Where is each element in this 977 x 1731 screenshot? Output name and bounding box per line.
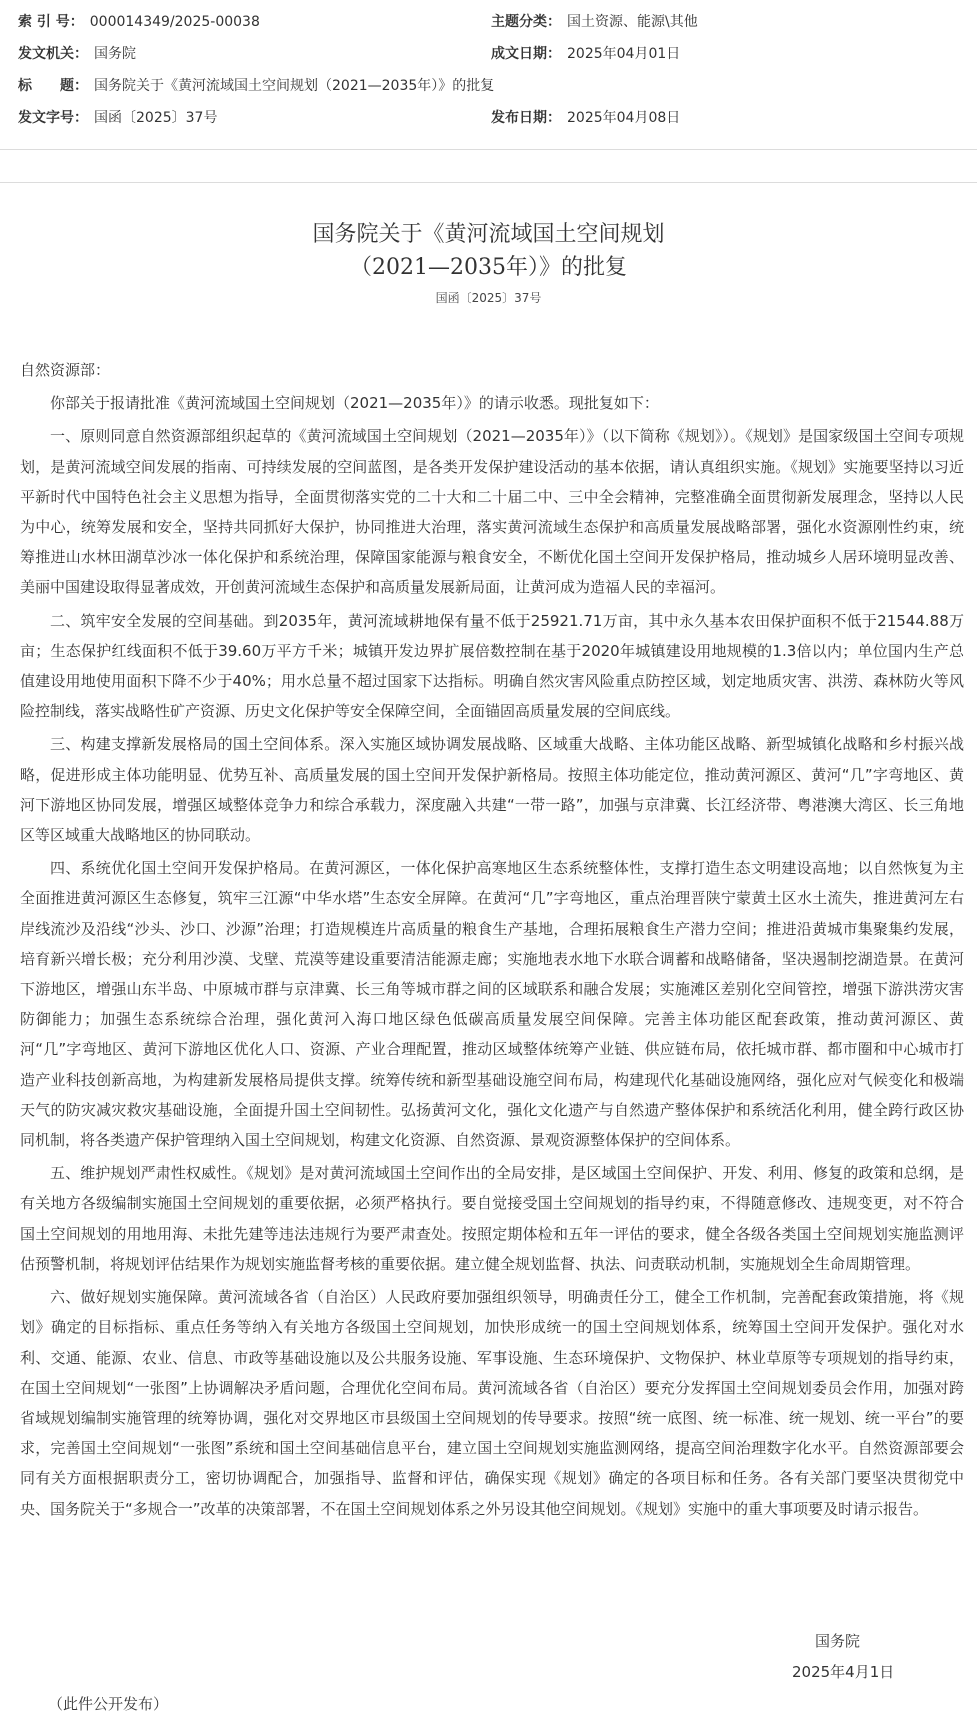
meta-row-3: 标 题：国务院关于《黄河流域国土空间规划（2021—2035年）》的批复 bbox=[0, 70, 977, 102]
written-date-label: 成文日期： bbox=[491, 38, 561, 70]
signature-date: 2025年4月1日 bbox=[792, 1661, 894, 1682]
publish-date-value: 2025年04月08日 bbox=[567, 102, 680, 134]
subject-category-field: 主题分类：国土资源、能源\其他 bbox=[491, 6, 698, 38]
meta-row-1: 索 引 号：000014349/2025-00038 主题分类：国土资源、能源\… bbox=[0, 6, 977, 38]
meta-row-4: 发文字号：国函〔2025〕37号 发布日期：2025年04月08日 bbox=[0, 102, 977, 134]
paragraph-5: 五、维护规划严肃性权威性。《规划》是对黄河流域国土空间作出的全局安排，是区域国土… bbox=[20, 1158, 964, 1279]
salutation: 自然资源部： bbox=[20, 355, 964, 385]
issuing-authority-value: 国务院 bbox=[94, 38, 136, 70]
subject-category-value: 国土资源、能源\其他 bbox=[567, 6, 698, 38]
publish-date-field: 发布日期：2025年04月08日 bbox=[491, 102, 680, 134]
document-title: 国务院关于《黄河流域国土空间规划 （2021—2035年）》的批复 bbox=[0, 218, 977, 284]
title-field: 标 题：国务院关于《黄河流域国土空间规划（2021—2035年）》的批复 bbox=[18, 70, 494, 102]
divider-bottom bbox=[0, 182, 977, 183]
issuing-authority-field: 发文机关：国务院 bbox=[18, 38, 136, 70]
publish-date-label: 发布日期： bbox=[491, 102, 561, 134]
document-number-value: 国函〔2025〕37号 bbox=[94, 102, 217, 134]
issuing-authority-label: 发文机关： bbox=[18, 38, 88, 70]
paragraph-2: 二、筑牢安全发展的空间基础。到2035年，黄河流域耕地保有量不低于25921.7… bbox=[20, 606, 964, 727]
paragraph-1: 一、原则同意自然资源部组织起草的《黄河流域国土空间规划（2021—2035年）》… bbox=[20, 421, 964, 602]
title-label: 标 题： bbox=[18, 70, 88, 102]
document-title-line-1: 国务院关于《黄河流域国土空间规划 bbox=[0, 218, 977, 251]
divider-top bbox=[0, 149, 977, 150]
document-number: 国函〔2025〕37号 bbox=[0, 289, 977, 306]
paragraph-6: 六、做好规划实施保障。黄河流域各省（自治区）人民政府要加强组织领导，明确责任分工… bbox=[20, 1282, 964, 1524]
document-metadata: 索 引 号：000014349/2025-00038 主题分类：国土资源、能源\… bbox=[0, 0, 977, 148]
index-number-field: 索 引 号：000014349/2025-00038 bbox=[18, 6, 260, 38]
public-release-note: （此件公开发布） bbox=[48, 1693, 168, 1714]
index-number-label: 索 引 号： bbox=[18, 6, 84, 38]
document-number-label: 发文字号： bbox=[18, 102, 88, 134]
document-body: 自然资源部： 你部关于报请批准《黄河流域国土空间规划（2021—2035年）》的… bbox=[20, 355, 964, 1527]
subject-category-label: 主题分类： bbox=[491, 6, 561, 38]
title-value: 国务院关于《黄河流域国土空间规划（2021—2035年）》的批复 bbox=[94, 70, 494, 102]
document-title-line-2: （2021—2035年）》的批复 bbox=[0, 251, 977, 284]
written-date-field: 成文日期：2025年04月01日 bbox=[491, 38, 680, 70]
paragraph-3: 三、构建支撑新发展格局的国土空间体系。深入实施区域协调发展战略、区域重大战略、主… bbox=[20, 729, 964, 850]
paragraph-4: 四、系统优化国土空间开发保护格局。在黄河源区，一体化保护高寒地区生态系统整体性，… bbox=[20, 853, 964, 1155]
meta-row-2: 发文机关：国务院 成文日期：2025年04月01日 bbox=[0, 38, 977, 70]
paragraph-intro: 你部关于报请批准《黄河流域国土空间规划（2021—2035年）》的请示收悉。现批… bbox=[20, 388, 964, 418]
signature-organization: 国务院 bbox=[815, 1630, 860, 1651]
index-number-value: 000014349/2025-00038 bbox=[90, 6, 260, 38]
written-date-value: 2025年04月01日 bbox=[567, 38, 680, 70]
document-number-field: 发文字号：国函〔2025〕37号 bbox=[18, 102, 217, 134]
